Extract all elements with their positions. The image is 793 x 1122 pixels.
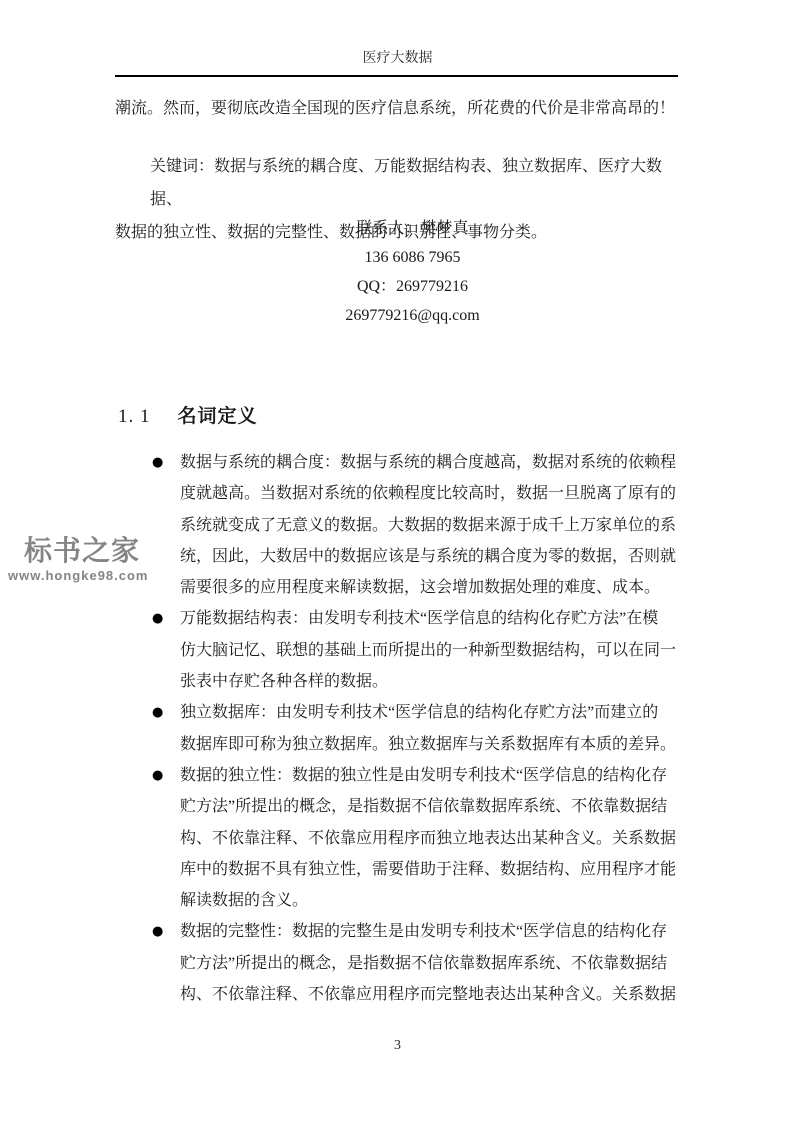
contact-person: 联系人：樊梦真 [145,214,680,243]
text-line: 构、不依靠注释、不依靠应用程序而完整地表达出某种含义。关系数据 [180,979,690,1010]
bullet-icon: ● [152,916,163,947]
header-rule [115,75,678,77]
list-item: ● 数据的独立性：数据的独立性是由发明专利技术“医学信息的结构化存 贮方法”所提… [115,760,690,916]
list-item: ● 万能数据结构表：由发明专利技术“医学信息的结构化存贮方法”在模 仿大脑记忆、… [115,603,690,697]
list-item: ● 数据与系统的耦合度：数据与系统的耦合度越高，数据对系统的依赖程 度就越高。当… [115,447,690,603]
text-line: 统，因此，大数居中的数据应该是与系统的耦合度为零的数据，否则就 [180,541,690,572]
watermark-logo-text: 标书之家 [8,534,149,568]
text-line: 贮方法”所提出的概念，是指数据不信依靠数据库系统、不依靠数据结 [180,791,690,822]
contact-block: 联系人：樊梦真 136 6086 7965 QQ：269779216 26977… [115,214,680,330]
text-line: 万能数据结构表：由发明专利技术“医学信息的结构化存贮方法”在模 [180,603,690,634]
section-number: 1. 1 [118,406,151,427]
text-line: 需要很多的应用程度来解读数据，这会增加数据处理的难度、成本。 [180,572,690,603]
document-page: 医疗大数据 潮流。然而，要彻底改造全国现的医疗信息系统，所花费的代价是非常高昂的… [0,0,793,1122]
text-line: 独立数据库：由发明专利技术“医学信息的结构化存贮方法”而建立的 [180,697,690,728]
text-line: 库中的数据不具有独立性，需要借助于注释、数据结构、应用程序才能 [180,854,690,885]
watermark: 标书之家 www.hongke98.com [8,534,149,584]
list-item: ● 数据的完整性：数据的完整生是由发明专利技术“医学信息的结构化存 贮方法”所提… [115,916,690,1010]
text-line: 数据库即可称为独立数据库。独立数据库与关系数据库有本质的差异。 [180,729,690,760]
bullet-icon: ● [152,760,163,791]
contact-phone: 136 6086 7965 [145,243,680,272]
bullet-icon: ● [152,447,163,478]
text-line: 解读数据的含义。 [180,885,690,916]
bullet-icon: ● [152,697,163,728]
keywords-line: 关键词：数据与系统的耦合度、万能数据结构表、独立数据库、医疗大数据、 [115,150,690,216]
text-line: 系统就变成了无意义的数据。大数据的数据来源于成千上万家单位的系 [180,510,690,541]
text-line: 仿大脑记忆、联想的基础上而所提出的一种新型数据结构，可以在同一 [180,635,690,666]
text-line: 度就越高。当数据对系统的依赖程度比较高时，数据一旦脱离了原有的 [180,478,690,509]
text-line: 构、不依靠注释、不依靠应用程序而独立地表达出某种含义。关系数据 [180,823,690,854]
opening-paragraph: 潮流。然而，要彻底改造全国现的医疗信息系统，所花费的代价是非常高昂的！ [115,92,690,125]
list-item: ● 独立数据库：由发明专利技术“医学信息的结构化存贮方法”而建立的 数据库即可称… [115,697,690,760]
page-header-title: 医疗大数据 [115,50,680,68]
text-line: 贮方法”所提出的概念，是指数据不信依靠数据库系统、不依靠数据结 [180,948,690,979]
text-line: 数据与系统的耦合度：数据与系统的耦合度越高，数据对系统的依赖程 [180,447,690,478]
watermark-url: www.hongke98.com [8,568,149,584]
definitions-list: ● 数据与系统的耦合度：数据与系统的耦合度越高，数据对系统的依赖程 度就越高。当… [115,447,690,1010]
contact-email: 269779216@qq.com [145,301,680,330]
text-line: 张表中存贮各种各样的数据。 [180,666,690,697]
section-heading: 1. 1名词定义 [118,404,678,430]
section-title: 名词定义 [178,406,258,427]
text-line: 数据的独立性：数据的独立性是由发明专利技术“医学信息的结构化存 [180,760,690,791]
text-line: 数据的完整性：数据的完整生是由发明专利技术“医学信息的结构化存 [180,916,690,947]
page-number: 3 [115,1038,680,1054]
contact-qq: QQ：269779216 [145,272,680,301]
bullet-icon: ● [152,603,163,634]
